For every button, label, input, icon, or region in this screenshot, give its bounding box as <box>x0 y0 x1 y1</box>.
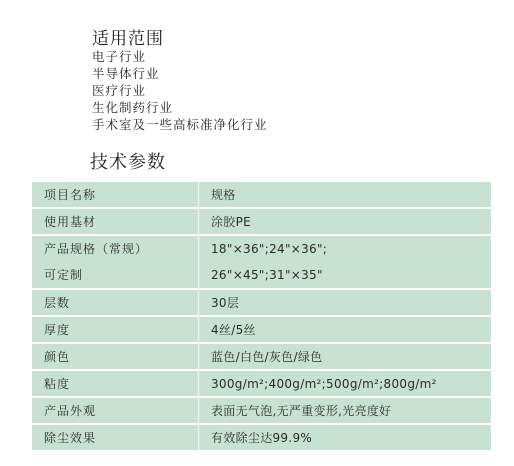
row-name: 厚度 <box>32 316 199 343</box>
row-value: 18"×36";24"×36"; 26"×45";31"×35" <box>199 235 492 289</box>
spec-table: 项目名称 规格 使用基材 涂胶PE 产品规格（常规） 可定制 18"×36";2… <box>32 182 491 450</box>
row-name: 颜色 <box>32 343 199 370</box>
row-name: 产品外观 <box>32 397 199 424</box>
specs-title: 技术参数 <box>90 148 166 174</box>
row-name: 除尘效果 <box>32 424 199 450</box>
table-row: 粘度 300g/m²;400g/m²;500g/m²;800g/m² <box>32 370 491 397</box>
row-name-line: 可定制 <box>44 262 198 288</box>
application-item: 电子行业 <box>92 48 268 65</box>
row-value: 4丝/5丝 <box>199 316 492 343</box>
header-name: 项目名称 <box>32 182 199 208</box>
row-name: 产品规格（常规） 可定制 <box>32 235 199 289</box>
row-value: 涂胶PE <box>199 208 492 235</box>
row-name: 使用基材 <box>32 208 199 235</box>
table-row: 颜色 蓝色/白色/灰色/绿色 <box>32 343 491 370</box>
table-row: 层数 30层 <box>32 289 491 316</box>
application-item: 半导体行业 <box>92 65 268 82</box>
row-name: 粘度 <box>32 370 199 397</box>
table-header-row: 项目名称 规格 <box>32 182 491 208</box>
row-value: 有效除尘达99.9% <box>199 424 492 450</box>
row-value: 300g/m²;400g/m²;500g/m²;800g/m² <box>199 370 492 397</box>
table-row: 除尘效果 有效除尘达99.9% <box>32 424 491 450</box>
header-value: 规格 <box>199 182 492 208</box>
application-item: 医疗行业 <box>92 82 268 99</box>
row-value: 表面无气泡,无严重变形,光亮度好 <box>199 397 492 424</box>
application-item: 生化制药行业 <box>92 99 268 116</box>
row-name: 层数 <box>32 289 199 316</box>
row-value-line: 26"×45";31"×35" <box>211 262 491 288</box>
table-row: 产品外观 表面无气泡,无严重变形,光亮度好 <box>32 397 491 424</box>
applications-title: 适用范围 <box>92 24 164 49</box>
row-value-line: 18"×36";24"×36"; <box>211 236 491 262</box>
table-row: 厚度 4丝/5丝 <box>32 316 491 343</box>
row-value: 蓝色/白色/灰色/绿色 <box>199 343 492 370</box>
table-row: 使用基材 涂胶PE <box>32 208 491 235</box>
application-item: 手术室及一些高标准净化行业 <box>92 116 268 133</box>
row-name-line: 产品规格（常规） <box>44 236 198 262</box>
table-row: 产品规格（常规） 可定制 18"×36";24"×36"; 26"×45";31… <box>32 235 491 289</box>
row-value: 30层 <box>199 289 492 316</box>
applications-list: 电子行业 半导体行业 医疗行业 生化制药行业 手术室及一些高标准净化行业 <box>92 48 268 133</box>
